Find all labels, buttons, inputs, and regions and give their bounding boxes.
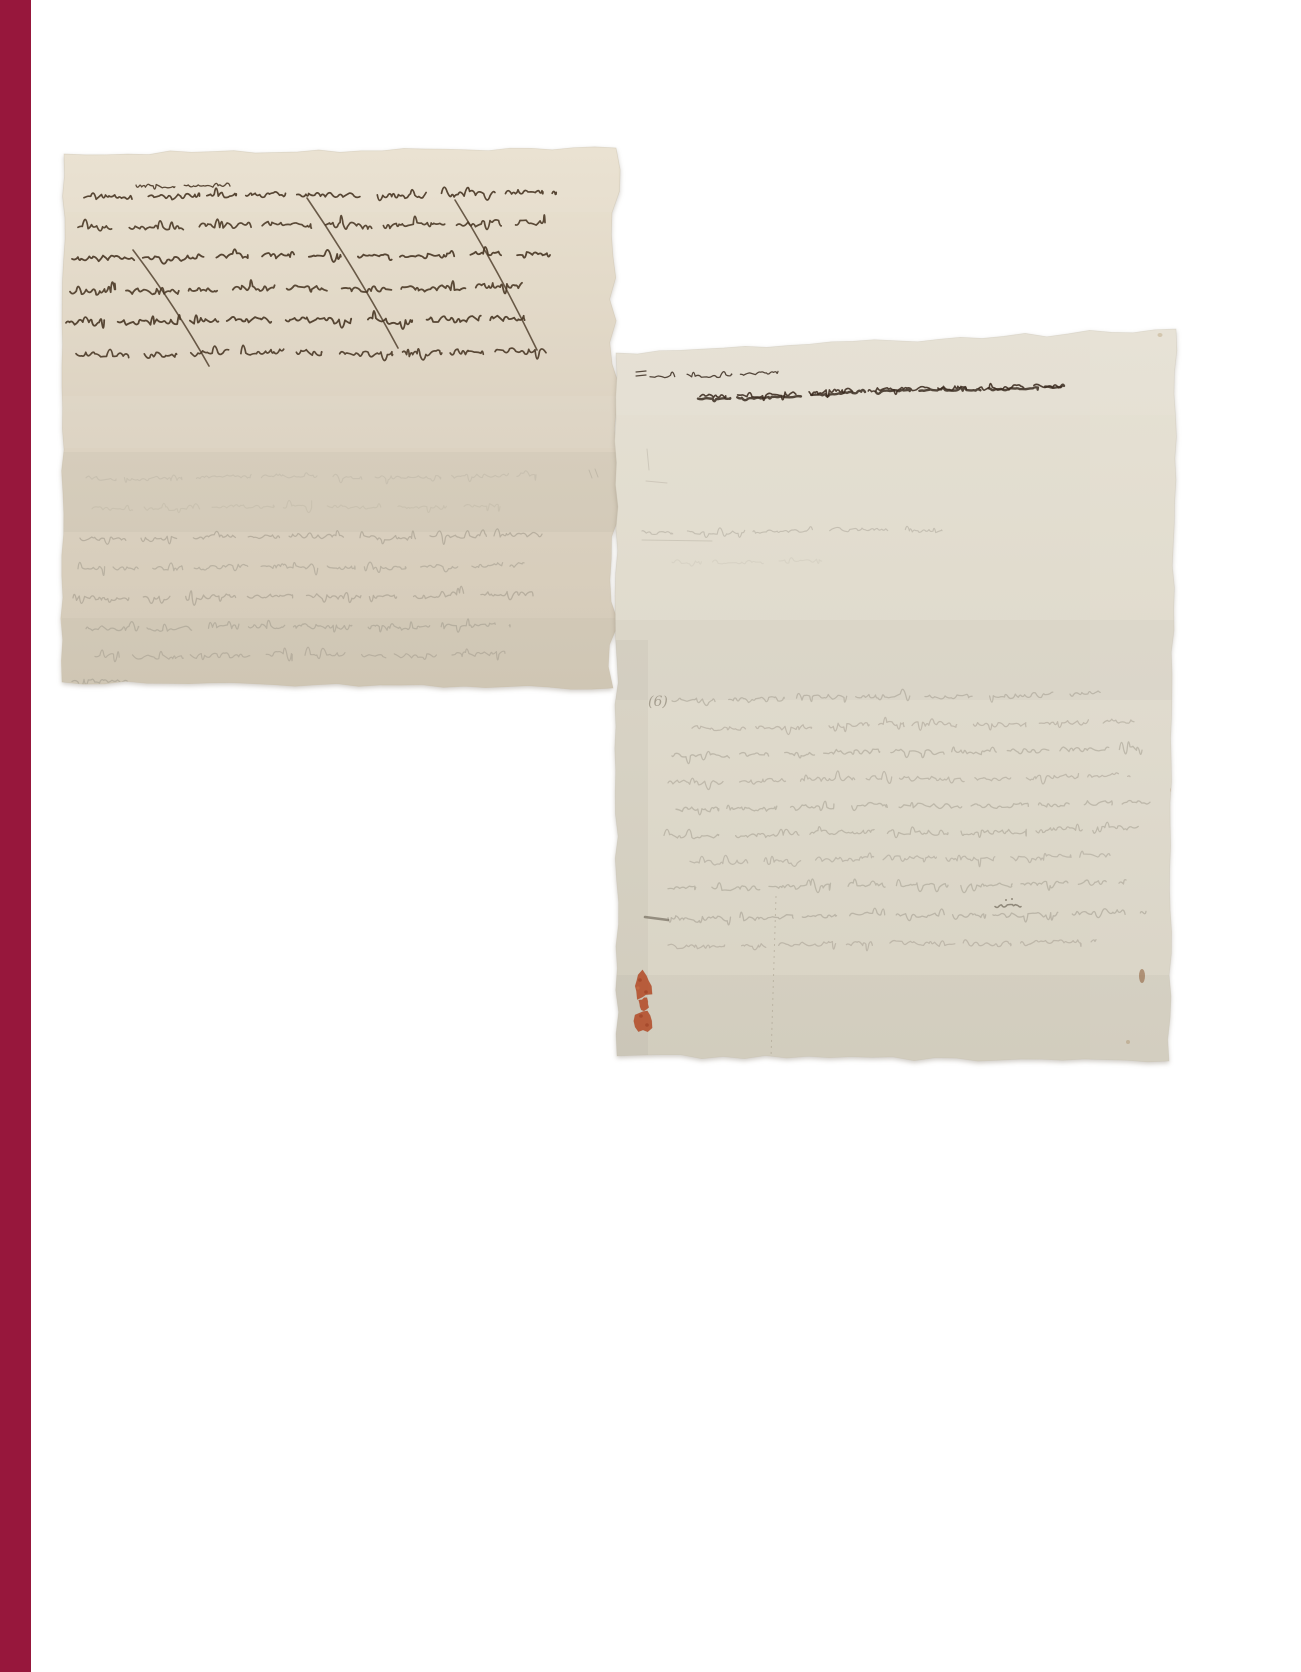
wax-speck xyxy=(645,1023,649,1027)
paragraph-number: (6) xyxy=(648,694,668,710)
foxing-spot xyxy=(1126,1040,1130,1044)
pencil-dot xyxy=(1011,898,1013,900)
foxing-spot xyxy=(1139,969,1145,983)
paper-texture-band xyxy=(62,452,618,532)
catalog-photo-of-manuscripts: (6) xyxy=(0,0,1301,1672)
wax-highlight xyxy=(636,986,639,989)
pencil-dot xyxy=(1005,899,1007,901)
left-manuscript-page xyxy=(61,146,620,690)
paper-texture-band xyxy=(62,146,618,212)
wax-speck xyxy=(638,978,642,982)
foxing-spot xyxy=(1158,333,1163,337)
manuscript-artwork: (6) xyxy=(0,0,1301,1672)
right-manuscript-page: (6) xyxy=(614,329,1178,1063)
paper-texture-band xyxy=(62,396,618,448)
wax-speck xyxy=(639,1014,643,1018)
wax-speck xyxy=(644,990,648,994)
paper-texture-band xyxy=(1090,329,1178,1061)
